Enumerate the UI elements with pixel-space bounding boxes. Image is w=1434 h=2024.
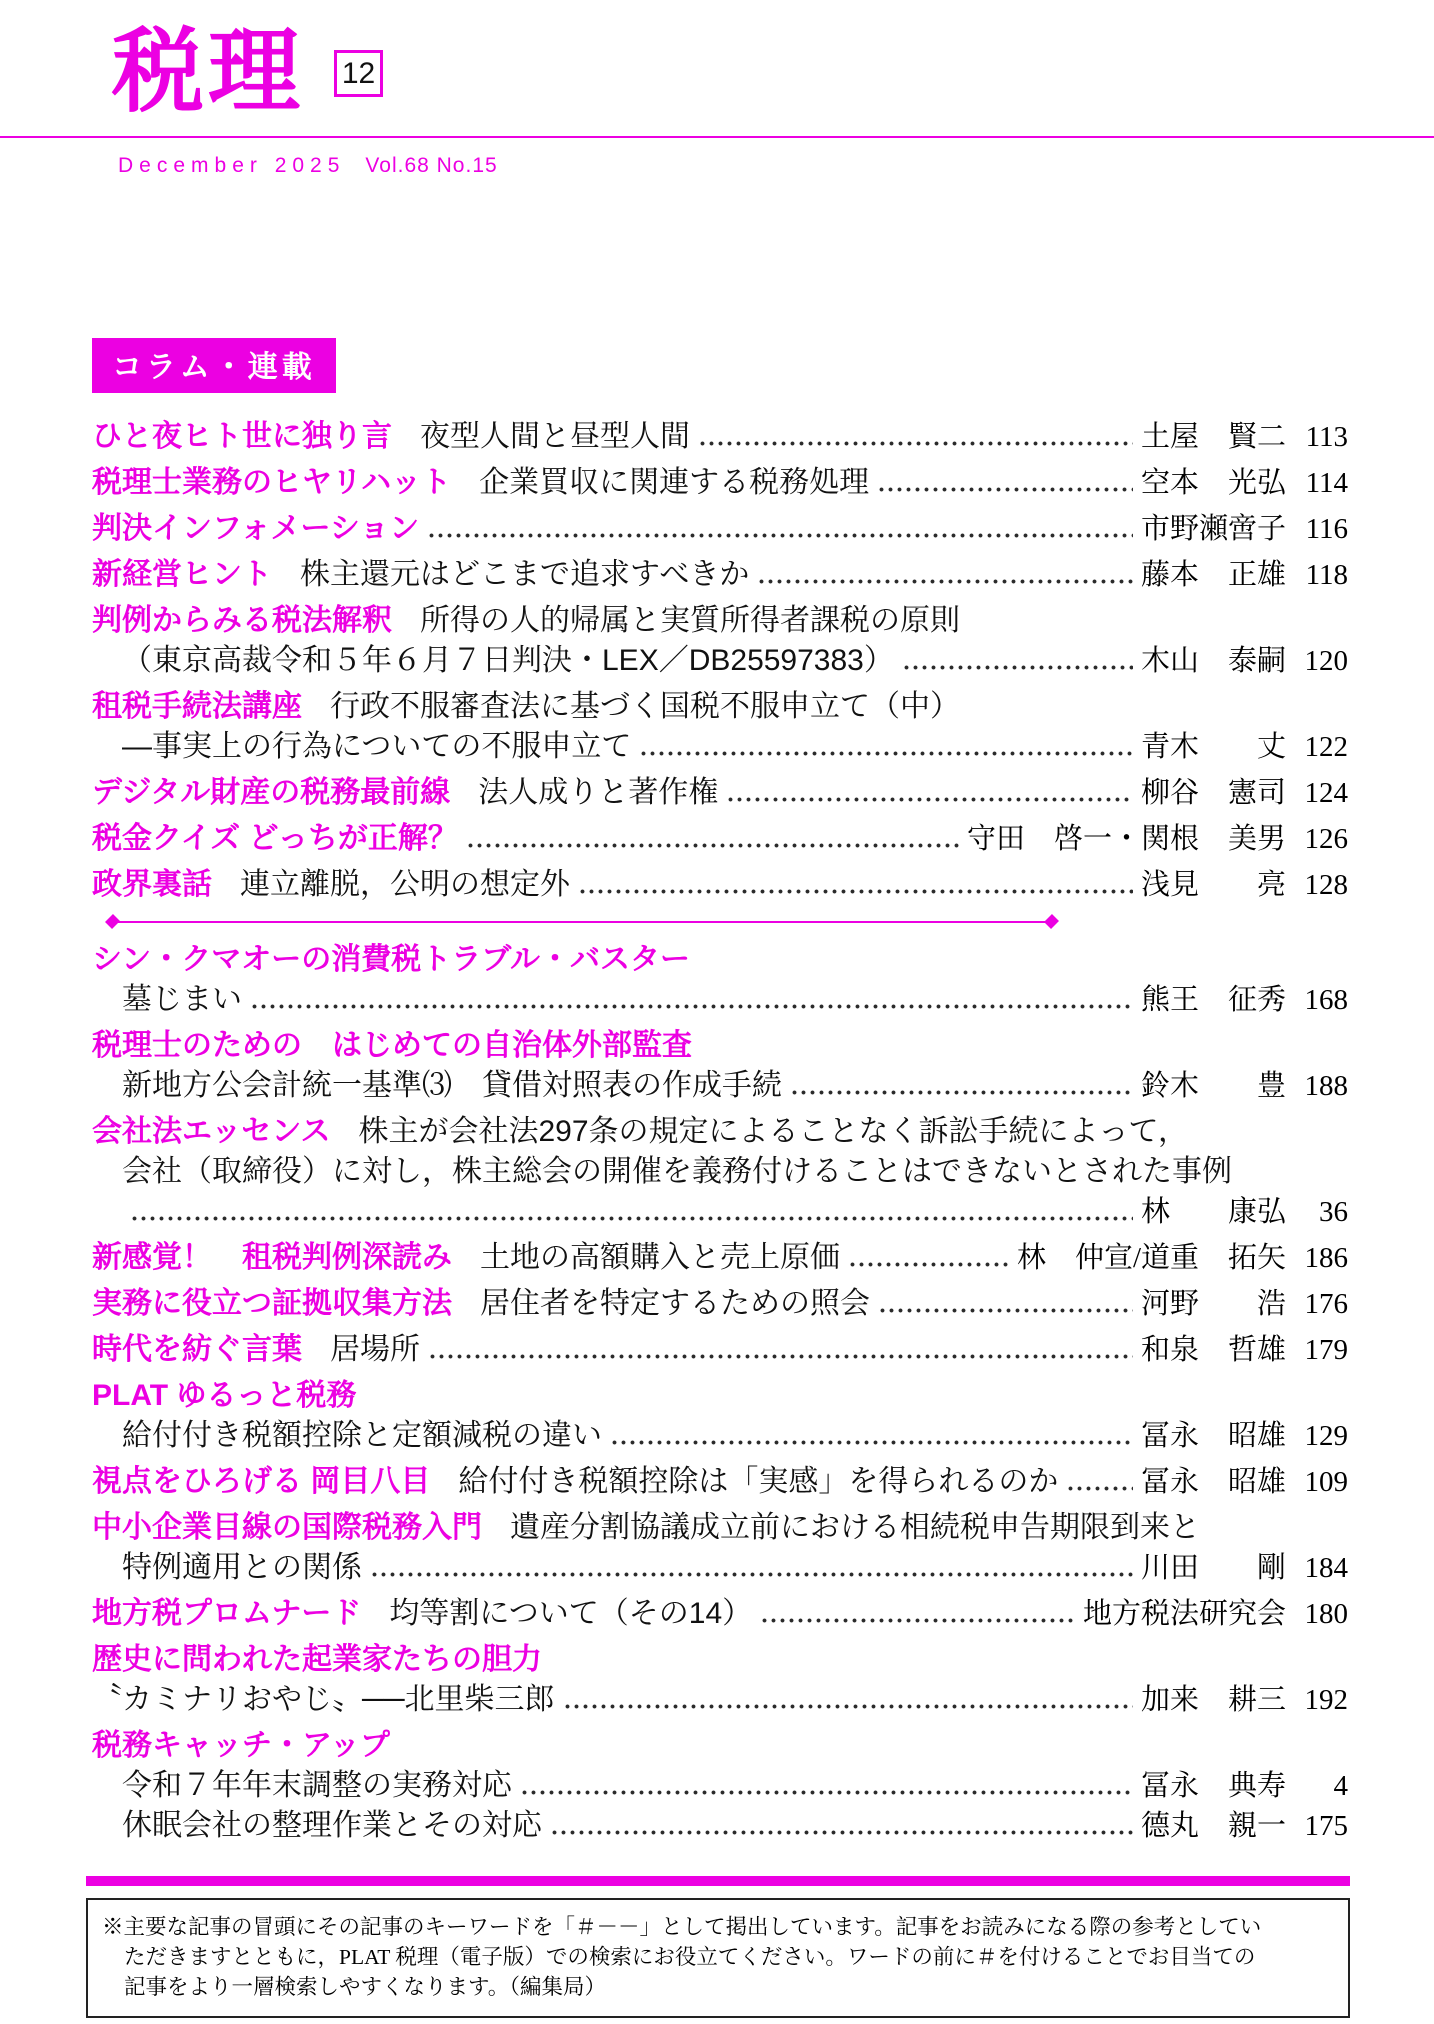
entry-author: 空本 光弘	[1141, 463, 1286, 503]
toc-entry: 租税手続法講座行政不服審査法に基づく国税不服申立て（中）―事実上の行為についての…	[92, 687, 1348, 767]
toc-entry: 税金クイズ どっちが正解？守田 啓一・関根 美男126	[92, 819, 1348, 859]
dot-leader	[641, 751, 1133, 756]
magazine-toc-page: 税理 12 December 2025Vol.68 No.15 コラム・連載 ひ…	[0, 0, 1434, 2024]
toc-line: 中小企業目線の国際税務入門遺産分割協議成立前における相続税申告期限到来と	[92, 1508, 1348, 1548]
dot-leader	[728, 797, 1133, 802]
entry-title: 新感覚！ 租税判例深読み	[92, 1238, 452, 1278]
dot-leader	[132, 1216, 1133, 1221]
entry-page: 113	[1294, 417, 1348, 457]
editor-note-line: ただきますとともに，PLAT 税理（電子版）での検索にお役立てください。ワードの…	[102, 1942, 1332, 1972]
dot-leader	[762, 1618, 1075, 1623]
entry-subtitle: 遺産分割協議成立前における相続税申告期限到来と	[510, 1508, 1200, 1548]
dot-leader	[612, 1440, 1133, 1445]
toc-line: 会社（取締役）に対し，株主総会の開催を義務付けることはできないとされた事例	[92, 1152, 1348, 1192]
toc-entry: 地方税プロムナード均等割について（その14）地方税法研究会180	[92, 1594, 1348, 1634]
dot-leader	[372, 1572, 1133, 1577]
entry-title: 会社法エッセンス	[92, 1112, 331, 1152]
entry-subtitle: 法人成りと著作権	[478, 773, 718, 813]
issue-number-box: 12	[334, 50, 383, 97]
entry-title: 税金クイズ どっちが正解？	[92, 819, 458, 859]
toc-line: 時代を紡ぐ言葉居場所和泉 哲雄179	[92, 1330, 1348, 1370]
toc-line: 租税手続法講座行政不服審査法に基づく国税不服申立て（中）	[92, 687, 1348, 727]
entry-page: 192	[1294, 1680, 1348, 1720]
dot-leader	[904, 665, 1133, 670]
dot-leader	[880, 1308, 1133, 1313]
magazine-title: 税理	[112, 26, 304, 118]
entry-title: 政界裏話	[92, 865, 212, 905]
toc-line: 墓じまい熊王 征秀168	[92, 980, 1348, 1020]
dot-leader	[850, 1262, 1009, 1267]
entry-subtitle: 給付付き税額控除と定額減税の違い	[122, 1416, 602, 1456]
entry-page: 184	[1294, 1548, 1348, 1588]
entry-page: 175	[1294, 1806, 1348, 1846]
toc-line: デジタル財産の税務最前線法人成りと著作権柳谷 憲司124	[92, 773, 1348, 813]
header-rule	[0, 136, 1434, 138]
entry-subtitle: 居住者を特定するための照会	[480, 1284, 870, 1324]
entry-subtitle: 居場所	[330, 1330, 420, 1370]
entry-author: 地方税法研究会	[1083, 1594, 1286, 1634]
toc-line: シン・クマオーの消費税トラブル・バスター	[92, 940, 1348, 980]
entry-page: 116	[1294, 509, 1348, 549]
entry-author: 冨永 昭雄	[1141, 1462, 1286, 1502]
dot-leader	[580, 889, 1133, 894]
toc-line: 新経営ヒント株主還元はどこまで追求すべきか藤本 正雄118	[92, 555, 1348, 595]
toc-line: 林 康弘36	[92, 1192, 1348, 1232]
toc-line: 新地方公会計統一基準⑶ 貸借対照表の作成手続鈴木 豊188	[92, 1066, 1348, 1106]
dot-leader	[430, 1354, 1133, 1359]
toc-line: 特例適用との関係川田 剛184	[92, 1548, 1348, 1588]
toc-entry: 判決インフォメーション市野瀬啻子116	[92, 509, 1348, 549]
entry-subtitle: 会社（取締役）に対し，株主総会の開催を義務付けることはできないとされた事例	[122, 1152, 1232, 1192]
entry-subtitle: 休眠会社の整理作業とその対応	[122, 1806, 542, 1846]
toc-entry: シン・クマオーの消費税トラブル・バスター墓じまい熊王 征秀168	[92, 940, 1348, 1020]
entry-author: 土屋 賢二	[1141, 417, 1286, 457]
entry-page: 122	[1294, 727, 1348, 767]
entry-page: 129	[1294, 1416, 1348, 1456]
toc-entry: 中小企業目線の国際税務入門遺産分割協議成立前における相続税申告期限到来と特例適用…	[92, 1508, 1348, 1588]
footer-accent-bar	[86, 1876, 1350, 1886]
toc-line: 地方税プロムナード均等割について（その14）地方税法研究会180	[92, 1594, 1348, 1634]
entry-subtitle: 連立離脱，公明の想定外	[240, 865, 570, 905]
entry-page: 118	[1294, 555, 1348, 595]
entry-author: 青木 丈	[1141, 727, 1286, 767]
entry-title: 新経営ヒント	[92, 555, 272, 595]
toc-line: 歴史に問われた起業家たちの胆力	[92, 1640, 1348, 1680]
toc-line: 税理士業務のヒヤリハット企業買収に関連する税務処理空本 光弘114	[92, 463, 1348, 503]
toc-entry: 歴史に問われた起業家たちの胆力〝カミナリおやじ〟──北里柴三郎加来 耕三192	[92, 1640, 1348, 1720]
entry-title: シン・クマオーの消費税トラブル・バスター	[92, 940, 690, 980]
issue-number: 12	[342, 57, 375, 91]
toc-line: ひと夜ヒト世に独り言夜型人間と昼型人間土屋 賢二113	[92, 417, 1348, 457]
toc-line: 給付付き税額控除と定額減税の違い冨永 昭雄129	[92, 1416, 1348, 1456]
entry-author: 柳谷 憲司	[1141, 773, 1286, 813]
entry-title: 視点をひろげる 岡目八目	[92, 1462, 430, 1502]
toc-line: 判例からみる税法解釈所得の人的帰属と実質所得者課税の原則	[92, 601, 1348, 641]
dot-leader	[468, 843, 959, 848]
entry-page: 36	[1294, 1192, 1348, 1232]
dot-leader	[552, 1830, 1133, 1835]
issue-volume-number: Vol.68 No.15	[365, 154, 497, 177]
toc-line: （東京高裁令和５年６月７日判決・LEX／DB25597383）木山 泰嗣120	[92, 641, 1348, 681]
entry-subtitle: 令和７年年末調整の実務対応	[122, 1766, 512, 1806]
entry-subtitle: 夜型人間と昼型人間	[420, 417, 690, 457]
entry-author: 浅見 亮	[1141, 865, 1286, 905]
entry-author: 冨永 典寿	[1141, 1766, 1286, 1806]
dot-leader	[759, 579, 1133, 584]
toc-entry: 税務キャッチ・アップ令和７年年末調整の実務対応冨永 典寿4休眠会社の整理作業とそ…	[92, 1726, 1348, 1846]
entry-title: 実務に役立つ証拠収集方法	[92, 1284, 452, 1324]
entry-page: 176	[1294, 1284, 1348, 1324]
entry-page: 168	[1294, 980, 1348, 1020]
entry-title: 税務キャッチ・アップ	[92, 1726, 390, 1766]
entry-title: 判例からみる税法解釈	[92, 601, 392, 641]
editor-note-line: ※主要な記事の冒頭にその記事のキーワードを「＃－－」として掲出しています。記事を…	[102, 1912, 1332, 1942]
dot-leader	[1068, 1486, 1133, 1491]
entry-author: 和泉 哲雄	[1141, 1330, 1286, 1370]
entry-author: 守田 啓一・関根 美男	[967, 819, 1286, 859]
entry-author: 德丸 親一	[1141, 1806, 1286, 1846]
toc-line: 視点をひろげる 岡目八目給付付き税額控除は「実感」を得られるのか冨永 昭雄109	[92, 1462, 1348, 1502]
toc-entry: 税理士業務のヒヤリハット企業買収に関連する税務処理空本 光弘114	[92, 463, 1348, 503]
entry-author: 加来 耕三	[1141, 1680, 1286, 1720]
toc-entry: ひと夜ヒト世に独り言夜型人間と昼型人間土屋 賢二113	[92, 417, 1348, 457]
entry-page: 109	[1294, 1462, 1348, 1502]
entry-page: 180	[1294, 1594, 1348, 1634]
toc-line: ―事実上の行為についての不服申立て青木 丈122	[92, 727, 1348, 767]
entry-subtitle: 特例適用との関係	[122, 1548, 362, 1588]
toc-entry: 政界裏話連立離脱，公明の想定外浅見 亮128	[92, 865, 1348, 905]
entry-author: 冨永 昭雄	[1141, 1416, 1286, 1456]
entry-author: 藤本 正雄	[1141, 555, 1286, 595]
entry-subtitle: 企業買収に関連する税務処理	[479, 463, 869, 503]
toc-entry: 新経営ヒント株主還元はどこまで追求すべきか藤本 正雄118	[92, 555, 1348, 595]
entry-author: 市野瀬啻子	[1141, 509, 1286, 549]
toc-line: 会社法エッセンス株主が会社法297条の規定によることなく訴訟手続によって，	[92, 1112, 1348, 1152]
entry-author: 林 康弘	[1141, 1192, 1286, 1232]
dot-leader	[792, 1090, 1133, 1095]
toc-entry: 実務に役立つ証拠収集方法居住者を特定するための照会河野 浩176	[92, 1284, 1348, 1324]
toc-entry: 視点をひろげる 岡目八目給付付き税額控除は「実感」を得られるのか冨永 昭雄109	[92, 1462, 1348, 1502]
toc-line: 判決インフォメーション市野瀬啻子116	[92, 509, 1348, 549]
entry-page: 120	[1294, 641, 1348, 681]
entry-author: 鈴木 豊	[1141, 1066, 1286, 1106]
toc-entry: PLAT ゆるっと税務給付付き税額控除と定額減税の違い冨永 昭雄129	[92, 1376, 1348, 1456]
entry-author: 林 仲宣/道重 拓矢	[1017, 1238, 1286, 1278]
toc-line: 令和７年年末調整の実務対応冨永 典寿4	[92, 1766, 1348, 1806]
entry-title: 中小企業目線の国際税務入門	[92, 1508, 482, 1548]
toc-line: 新感覚！ 租税判例深読み土地の高額購入と売上原価林 仲宣/道重 拓矢186	[92, 1238, 1348, 1278]
entry-subtitle: 株主が会社法297条の規定によることなく訴訟手続によって，	[359, 1112, 1188, 1152]
toc-line: 休眠会社の整理作業とその対応德丸 親一175	[92, 1806, 1348, 1846]
divider-line	[117, 921, 1047, 923]
entry-author: 木山 泰嗣	[1141, 641, 1286, 681]
entry-page: 126	[1294, 819, 1348, 859]
dot-leader	[565, 1704, 1133, 1709]
entry-title: PLAT ゆるっと税務	[92, 1376, 356, 1416]
entry-subtitle: 均等割について（その14）	[389, 1594, 752, 1634]
editor-note-line: 記事をより一層検索しやすくなります。（編集局）	[102, 1972, 1332, 2002]
entry-subtitle: （東京高裁令和５年６月７日判決・LEX／DB25597383）	[122, 641, 894, 681]
entry-title: ひと夜ヒト世に独り言	[92, 417, 392, 457]
toc-entry: 会社法エッセンス株主が会社法297条の規定によることなく訴訟手続によって，会社（…	[92, 1112, 1348, 1232]
issue-date-line: December 2025Vol.68 No.15	[118, 154, 1434, 178]
entry-subtitle: 所得の人的帰属と実質所得者課税の原則	[420, 601, 960, 641]
toc-entry: 税理士のための はじめての自治体外部監査新地方公会計統一基準⑶ 貸借対照表の作成…	[92, 1026, 1348, 1106]
entry-page: 114	[1294, 463, 1348, 503]
section-badge-column-serial: コラム・連載	[92, 338, 336, 393]
toc-line: PLAT ゆるっと税務	[92, 1376, 1348, 1416]
entry-page: 186	[1294, 1238, 1348, 1278]
toc-entry: 時代を紡ぐ言葉居場所和泉 哲雄179	[92, 1330, 1348, 1370]
entry-subtitle: 行政不服審査法に基づく国税不服申立て（中）	[330, 687, 960, 727]
entry-subtitle: 給付付き税額控除は「実感」を得られるのか	[458, 1462, 1058, 1502]
toc-line: 〝カミナリおやじ〟──北里柴三郎加来 耕三192	[92, 1680, 1348, 1720]
toc-entry: 判例からみる税法解釈所得の人的帰属と実質所得者課税の原則（東京高裁令和５年６月７…	[92, 601, 1348, 681]
entry-title: 判決インフォメーション	[92, 509, 419, 549]
diamond-ornament	[1044, 914, 1059, 929]
toc-list: ひと夜ヒト世に独り言夜型人間と昼型人間土屋 賢二113税理士業務のヒヤリハット企…	[92, 417, 1348, 1846]
entry-page: 124	[1294, 773, 1348, 813]
dot-leader	[252, 1004, 1133, 1009]
entry-author: 川田 剛	[1141, 1548, 1286, 1588]
editor-note-box: ※主要な記事の冒頭にその記事のキーワードを「＃－－」として掲出しています。記事を…	[86, 1898, 1350, 2018]
entry-title: 税理士業務のヒヤリハット	[92, 463, 451, 503]
entry-title: 歴史に問われた起業家たちの胆力	[92, 1640, 542, 1680]
entry-subtitle: 土地の高額購入と売上原価	[480, 1238, 840, 1278]
entry-title: 租税手続法講座	[92, 687, 302, 727]
entry-subtitle: 墓じまい	[122, 980, 242, 1020]
toc-line: 税金クイズ どっちが正解？守田 啓一・関根 美男126	[92, 819, 1348, 859]
entry-title: 税理士のための はじめての自治体外部監査	[92, 1026, 692, 1066]
entry-author: 河野 浩	[1141, 1284, 1286, 1324]
entry-author: 熊王 征秀	[1141, 980, 1286, 1020]
toc-entry: 新感覚！ 租税判例深読み土地の高額購入と売上原価林 仲宣/道重 拓矢186	[92, 1238, 1348, 1278]
dot-leader	[879, 487, 1133, 492]
toc-line: 税理士のための はじめての自治体外部監査	[92, 1026, 1348, 1066]
entry-page: 179	[1294, 1330, 1348, 1370]
section-divider	[108, 917, 1056, 926]
toc-line: 政界裏話連立離脱，公明の想定外浅見 亮128	[92, 865, 1348, 905]
entry-subtitle: 〝カミナリおやじ〟──北里柴三郎	[92, 1680, 555, 1720]
dot-leader	[429, 533, 1133, 538]
entry-subtitle: 新地方公会計統一基準⑶ 貸借対照表の作成手続	[122, 1066, 782, 1106]
entry-title: 時代を紡ぐ言葉	[92, 1330, 302, 1370]
issue-month-year: December 2025	[118, 154, 345, 177]
entry-page: 188	[1294, 1066, 1348, 1106]
dot-leader	[700, 441, 1133, 446]
table-of-contents: コラム・連載 ひと夜ヒト世に独り言夜型人間と昼型人間土屋 賢二113税理士業務の…	[0, 338, 1434, 1846]
masthead: 税理 12	[0, 0, 1434, 118]
entry-title: 地方税プロムナード	[92, 1594, 361, 1634]
entry-title: デジタル財産の税務最前線	[92, 773, 450, 813]
entry-page: 4	[1294, 1766, 1348, 1806]
entry-page: 128	[1294, 865, 1348, 905]
toc-entry: デジタル財産の税務最前線法人成りと著作権柳谷 憲司124	[92, 773, 1348, 813]
dot-leader	[522, 1790, 1133, 1795]
entry-subtitle: ―事実上の行為についての不服申立て	[122, 727, 631, 767]
page-footer: ※主要な記事の冒頭にその記事のキーワードを「＃－－」として掲出しています。記事を…	[86, 1876, 1350, 2018]
toc-line: 税務キャッチ・アップ	[92, 1726, 1348, 1766]
toc-line: 実務に役立つ証拠収集方法居住者を特定するための照会河野 浩176	[92, 1284, 1348, 1324]
entry-subtitle: 株主還元はどこまで追求すべきか	[300, 555, 749, 595]
diamond-ornament	[105, 914, 120, 929]
